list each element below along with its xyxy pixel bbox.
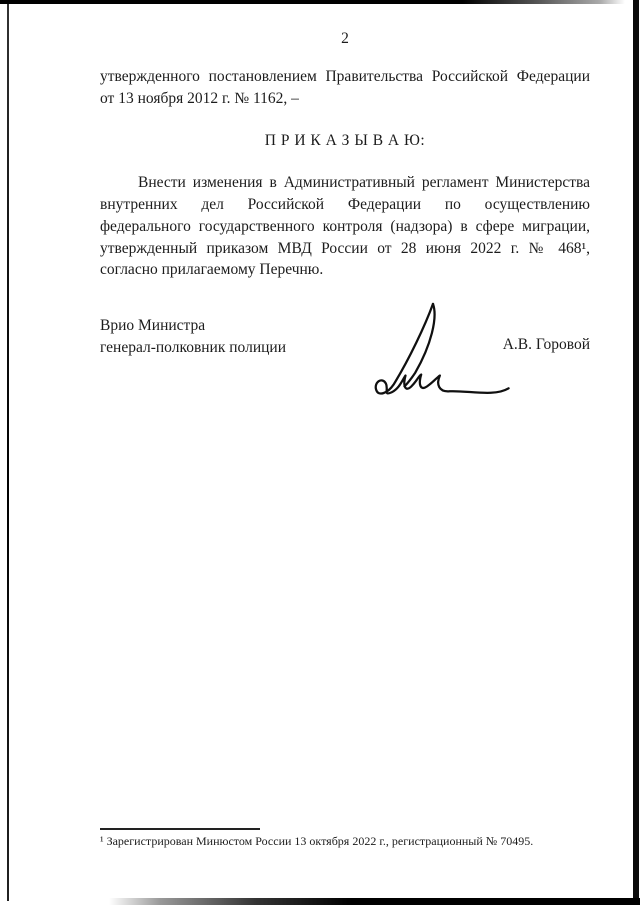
signature-autograph bbox=[348, 298, 516, 406]
document-content: 2 утвержденного постановлением Правитель… bbox=[100, 0, 590, 359]
footnote-text: ¹ Зарегистрирован Минюстом России 13 окт… bbox=[100, 834, 540, 849]
footnote: ¹ Зарегистрирован Минюстом России 13 окт… bbox=[100, 828, 540, 861]
main-paragraph-line: утвержденный приказом МВД России от 28 и… bbox=[100, 238, 590, 260]
footnote-separator bbox=[100, 828, 260, 830]
page-number: 2 bbox=[100, 28, 590, 50]
signer-position-line: Врио Министра bbox=[100, 315, 286, 337]
order-heading: П Р И К А З Ы В А Ю: bbox=[100, 130, 590, 152]
main-paragraph-line: Внести изменения в Административный регл… bbox=[100, 172, 590, 194]
signer-position: Врио Министра генерал-полковник полиции bbox=[100, 315, 286, 359]
intro-paragraph-line: от 13 ноября 2012 г. № 1162, – bbox=[100, 88, 590, 110]
document-page: 2 утвержденного постановлением Правитель… bbox=[0, 0, 640, 905]
scan-edge-left bbox=[7, 4, 9, 901]
signer-position-line: генерал-полковник полиции bbox=[100, 337, 286, 359]
scan-edge-bottom bbox=[0, 898, 640, 905]
intro-paragraph: утвержденного постановлением Правительст… bbox=[100, 66, 590, 110]
main-paragraph-line: согласно прилагаемому Перечню. bbox=[100, 259, 590, 281]
main-paragraph-line: внутренних дел Российской Федерации по о… bbox=[100, 194, 590, 216]
signature-block: Врио Министра генерал-полковник полиции … bbox=[100, 315, 590, 359]
intro-paragraph-line: утвержденного постановлением Правительст… bbox=[100, 66, 590, 88]
main-paragraph: Внести изменения в Административный регл… bbox=[100, 172, 590, 281]
main-paragraph-line: федерального государственного контроля (… bbox=[100, 216, 590, 238]
scan-edge-right bbox=[633, 0, 639, 905]
